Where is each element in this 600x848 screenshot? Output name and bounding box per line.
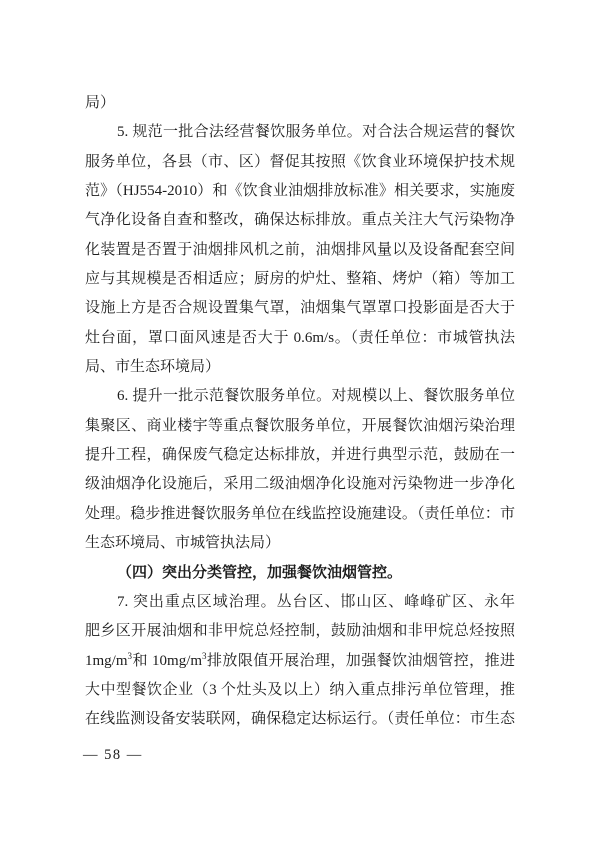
text-line: 生态环境局、市城管执法局） — [85, 529, 515, 558]
text-line: 服务单位，各县（市、区）督促其按照《饮食业环境保护技术规 — [85, 148, 515, 177]
text-segment: 和 10mg/m — [132, 653, 202, 669]
text-line: 集聚区、商业楼宇等重点餐饮服务单位，开展餐饮油烟污染治理 — [85, 412, 515, 441]
text-line: 灶台面，罩口面风速是否大于 0.6m/s。（责任单位：市城管执法 — [85, 324, 515, 353]
text-line: 局） — [85, 89, 515, 118]
text-line: 处理。稳步推进餐饮服务单位在线监控设施建设。（责任单位：市 — [85, 500, 515, 529]
text-line: 肥乡区开展油烟和非甲烷总烃控制，鼓励油烟和非甲烷总烃按照 — [85, 617, 515, 646]
text-column: 局） 5. 规范一批合法经营餐饮服务单位。对合法合规运营的餐饮 服务单位，各县（… — [85, 89, 515, 735]
text-line: 7. 突出重点区域治理。丛台区、邯山区、峰峰矿区、永年区、 — [85, 588, 515, 617]
text-line: 气净化设备自查和整改，确保达标排放。重点关注大气污染物净 — [85, 206, 515, 235]
text-line: 设施上方是否合规设置集气罩，油烟集气罩罩口投影面是否大于 — [85, 294, 515, 323]
text-line: 6. 提升一批示范餐饮服务单位。对规模以上、餐饮服务单位 — [85, 382, 515, 411]
text-line: 级油烟净化设施后，采用二级油烟净化设施对污染物进一步净化 — [85, 470, 515, 499]
text-segment: 1mg/m — [85, 653, 128, 669]
text-line: 应与其规模是否相适应；厨房的炉灶、整箱、烤炉（箱）等加工 — [85, 265, 515, 294]
text-line: 1mg/m3和 10mg/m3排放限值开展治理，加强餐饮油烟管控，推进 — [85, 647, 515, 676]
text-line: 大中型餐饮企业（3 个灶头及以上）纳入重点排污单位管理，推进 — [85, 676, 515, 705]
text-line: 化装置是否置于油烟排风机之前，油烟排风量以及设备配套空间 — [85, 236, 515, 265]
text-line: 在线监测设备安装联网，确保稳定达标运行。（责任单位：市生态 — [85, 705, 515, 734]
page-number: — 58 — — [83, 745, 143, 765]
text-line: 局、市生态环境局） — [85, 353, 515, 382]
section-heading: （四）突出分类管控，加强餐饮油烟管控。 — [85, 559, 515, 588]
text-line: 范》（HJ554-2010）和《饮食业油烟排放标准》相关要求，实施废 — [85, 177, 515, 206]
text-line: 提升工程，确保废气稳定达标排放，并进行典型示范，鼓励在一 — [85, 441, 515, 470]
text-line: 5. 规范一批合法经营餐饮服务单位。对合法合规运营的餐饮 — [85, 118, 515, 147]
text-segment: 排放限值开展治理，加强餐饮油烟管控，推进 — [207, 653, 515, 669]
document-page: 局） 5. 规范一批合法经营餐饮服务单位。对合法合规运营的餐饮 服务单位，各县（… — [0, 0, 600, 848]
